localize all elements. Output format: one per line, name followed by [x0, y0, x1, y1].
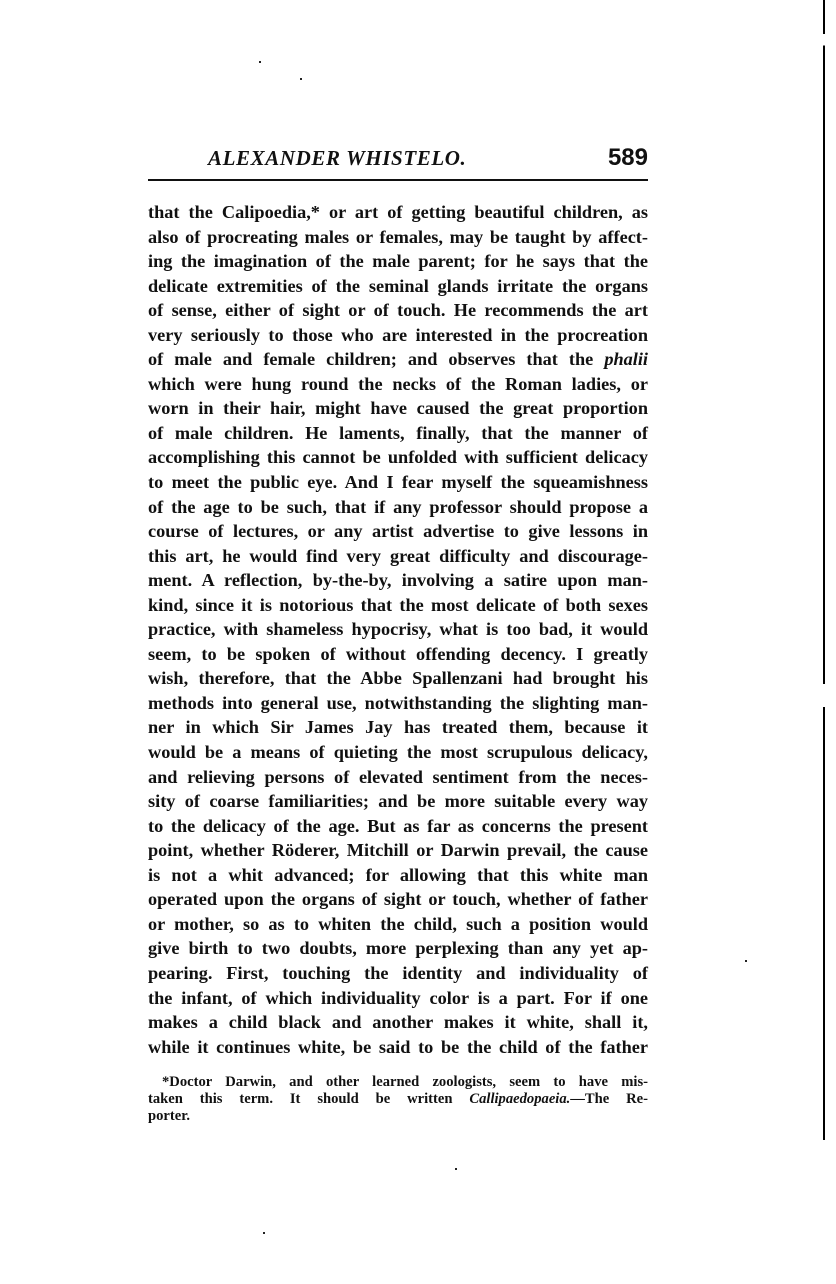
- text-line: ing the imagination of the male parent; …: [148, 249, 648, 274]
- text-line: sity of coarse familiarities; and be mor…: [148, 789, 648, 814]
- text-line: ment. A reflection, by-the-by, involving…: [148, 568, 648, 593]
- text-line: of sense, either of sight or of touch. H…: [148, 298, 648, 323]
- text-line: this art, he would find very great diffi…: [148, 544, 648, 569]
- italic-term: phalii: [604, 349, 648, 369]
- text-line: to meet the public eye. And I fear mysel…: [148, 470, 648, 495]
- scan-speck: [300, 78, 302, 80]
- text-line: the infant, of which individuality color…: [148, 986, 648, 1011]
- footnote: *Doctor Darwin, and other learned zoolog…: [148, 1074, 648, 1125]
- text-line: very seriously to those who are interest…: [148, 323, 648, 348]
- text-line: makes a child black and another makes it…: [148, 1010, 648, 1035]
- text-line: of the age to be such, that if any profe…: [148, 495, 648, 520]
- scan-page-edge: [823, 0, 825, 1140]
- running-head-title: ALEXANDER WHISTELO.: [208, 146, 466, 171]
- text-line: while it continues white, be said to be …: [148, 1035, 648, 1060]
- page-number: 589: [608, 144, 648, 172]
- text-line: to the delicacy of the age. But as far a…: [148, 814, 648, 839]
- text-line: worn in their hair, might have caused th…: [148, 396, 648, 421]
- footnote-segment: taken this term. It should be written: [148, 1091, 469, 1107]
- text-line: that the Calipoedia,* or art of getting …: [148, 200, 648, 225]
- text-line: methods into general use, notwithstandin…: [148, 691, 648, 716]
- text-line: seem, to be spoken of without offending …: [148, 642, 648, 667]
- text-line: of male children. He laments, finally, t…: [148, 421, 648, 446]
- text-line: delicate extremities of the seminal glan…: [148, 274, 648, 299]
- text-line: also of procreating males or females, ma…: [148, 225, 648, 250]
- text-line: ner in which Sir James Jay has treated t…: [148, 715, 648, 740]
- scan-speck: [263, 1232, 265, 1234]
- text-line: practice, with shameless hypocrisy, what…: [148, 617, 648, 642]
- text-line: would be a means of quieting the most sc…: [148, 740, 648, 765]
- text-line: course of lectures, or any artist advert…: [148, 519, 648, 544]
- footnote-segment: —The Re-: [570, 1091, 648, 1107]
- scan-speck: [745, 960, 747, 962]
- text-segment: of male and female children; and observe…: [148, 349, 604, 369]
- text-line: which were hung round the necks of the R…: [148, 372, 648, 397]
- scan-speck: [259, 61, 261, 63]
- text-line: is not a whit advanced; for allowing tha…: [148, 863, 648, 888]
- text-line: operated upon the organs of sight or tou…: [148, 887, 648, 912]
- scan-speck: [455, 1168, 457, 1170]
- footnote-line: porter.: [148, 1108, 648, 1125]
- body-text: that the Calipoedia,* or art of getting …: [148, 200, 648, 1059]
- text-line: give birth to two doubts, more perplexin…: [148, 936, 648, 961]
- footnote-line: taken this term. It should be written Ca…: [148, 1091, 648, 1108]
- text-line: of male and female children; and observe…: [148, 347, 648, 372]
- text-line: pearing. First, touching the identity an…: [148, 961, 648, 986]
- book-page: ALEXANDER WHISTELO. 589 that the Calipoe…: [0, 0, 836, 1284]
- text-line: and relieving persons of elevated sentim…: [148, 765, 648, 790]
- text-line: accomplishing this cannot be unfolded wi…: [148, 445, 648, 470]
- footnote-italic-term: Callipaedopaeia.: [469, 1091, 570, 1107]
- header-rule: [148, 179, 648, 181]
- text-line: kind, since it is notorious that the mos…: [148, 593, 648, 618]
- text-line: wish, therefore, that the Abbe Spallenza…: [148, 666, 648, 691]
- text-line: point, whether Röderer, Mitchill or Darw…: [148, 838, 648, 863]
- running-head: ALEXANDER WHISTELO. 589: [148, 146, 648, 176]
- text-line: or mother, so as to whiten the child, su…: [148, 912, 648, 937]
- footnote-line: *Doctor Darwin, and other learned zoolog…: [148, 1074, 648, 1091]
